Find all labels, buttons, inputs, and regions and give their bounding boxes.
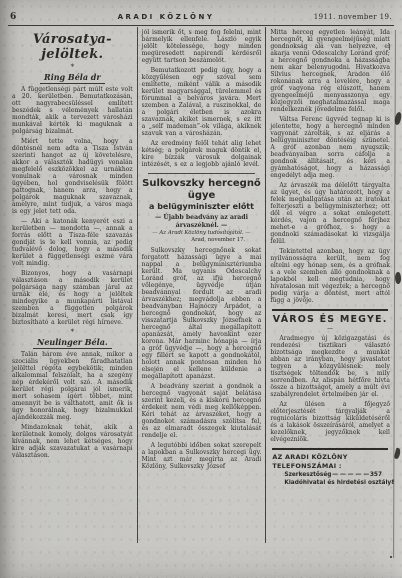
page-number: 6	[10, 12, 50, 22]
paragraph: Talán három éve annak, mikor a szociális…	[12, 351, 133, 421]
article-title-line1: Sulkovszky hercegnő ügye	[142, 178, 262, 202]
newspaper-page: 6 ARADI KÖZLÖNY 1911. november 19. Város…	[0, 0, 402, 578]
phone-box-title: AZ ARADI KÖZLÖNY TELEFONSZÁMAI :	[270, 453, 390, 471]
dash-separator: —	[270, 326, 390, 332]
column-middle: jól ismerik őt, s meg fog felelni, mint …	[137, 27, 266, 543]
issue-date: 1911. november 19.	[282, 13, 392, 21]
paragraph: Miért tette volna, hogy a döntésnél nem …	[12, 138, 133, 215]
paragraph: A beadvány szerint a gondnok a hercegnő …	[142, 383, 262, 439]
paragraph: Mitta herceg egyetlen leányát, Ida herce…	[270, 29, 390, 113]
phone-row: Kiadóhivatal és hirdetési osztály — 85	[270, 479, 390, 487]
paragraph: Sulkovszky hercegnőnek sokat forgatott h…	[142, 247, 262, 380]
paragraph: Az ülésen a főjegyző előterjesztését tár…	[270, 401, 390, 443]
paragraph: Az eredmény felől tehát alig lehet kétsé…	[142, 140, 262, 168]
paragraph: Bizonyos, hogy a vasárnapi választáson a…	[12, 270, 133, 326]
paragraph: jól ismerik őt, s meg fog felelni, mint …	[142, 29, 262, 64]
masthead: ARADI KÖZLÖNY	[50, 13, 282, 21]
column-right: Mitta herceg egyetlen leányát, Ida herce…	[265, 27, 394, 543]
paragraph: — Aki a katonák kenyerét eszi a kerületb…	[12, 218, 133, 267]
phone-box-rule	[272, 448, 388, 450]
paragraph: Váltsa Ferenc ügyvéd tegnap ki is jelent…	[270, 116, 390, 179]
ink-dot	[390, 556, 392, 558]
candidate-name-2: Neulinger Béla.	[12, 337, 133, 347]
paragraph: A legutóbbi időben sokat szerepelt a lap…	[142, 442, 262, 470]
phone-number: 357	[370, 471, 382, 479]
phone-label: Szerkesztőség	[284, 471, 331, 479]
candidate-name-1-text: Ring Béla dr	[40, 72, 105, 84]
phone-row: Szerkesztőség — — — — — 357	[270, 471, 390, 479]
candidate-name-2-text: Neulinger Béla.	[33, 337, 112, 349]
asterisk-separator: *	[12, 64, 133, 70]
article-title-line2: a belügyminiszter előtt	[142, 202, 262, 212]
article-dateline: Arad, november 17.	[142, 237, 262, 244]
paragraph: Mindazoknak tehát, akik a kerületnek kom…	[12, 424, 133, 459]
columns: Városatya-jelöltek. * Ring Béla dr A füg…	[8, 27, 394, 543]
asterisk-separator: *	[12, 329, 133, 335]
paragraph: Az árvaszék ma délelőtt tárgyalta az ügy…	[270, 182, 390, 245]
scan-tick-mark	[389, 44, 390, 50]
section-rule	[272, 309, 388, 311]
page-header: 6 ARADI KÖZLÖNY 1911. november 19.	[8, 12, 394, 26]
paragraph: A függetlenségi párt múlt este volt a 20…	[12, 86, 133, 135]
section-divider	[148, 173, 256, 174]
phone-dash-leaders: — — — — —	[331, 471, 369, 479]
paragraph: Tekintettel azonban, hogy az ügy nyilván…	[270, 248, 390, 304]
phone-numbers-box: AZ ARADI KÖZLÖNY TELEFONSZÁMAI : Szerkes…	[270, 448, 390, 487]
article-subtitle: — Újabb beadvány az aradi árvaszéknél. —	[142, 214, 262, 230]
article-byline: — Az Aradi Közlöny tudósítójától. —	[142, 230, 262, 237]
article-headline: Városatya-jelöltek.	[12, 32, 133, 62]
column-left: Városatya-jelöltek. * Ring Béla dr A füg…	[8, 27, 137, 543]
paragraph: Bemutatkozott pedig úgy, hogy a közgyűlé…	[142, 67, 262, 137]
candidate-name-1: Ring Béla dr	[12, 72, 133, 82]
phone-label: Kiadóhivatal és hirdetési osztály	[284, 479, 391, 487]
paragraph: Aradmegye új közigazgatási és rendezési …	[270, 335, 390, 398]
page-content: 6 ARADI KÖZLÖNY 1911. november 19. Város…	[0, 0, 402, 578]
